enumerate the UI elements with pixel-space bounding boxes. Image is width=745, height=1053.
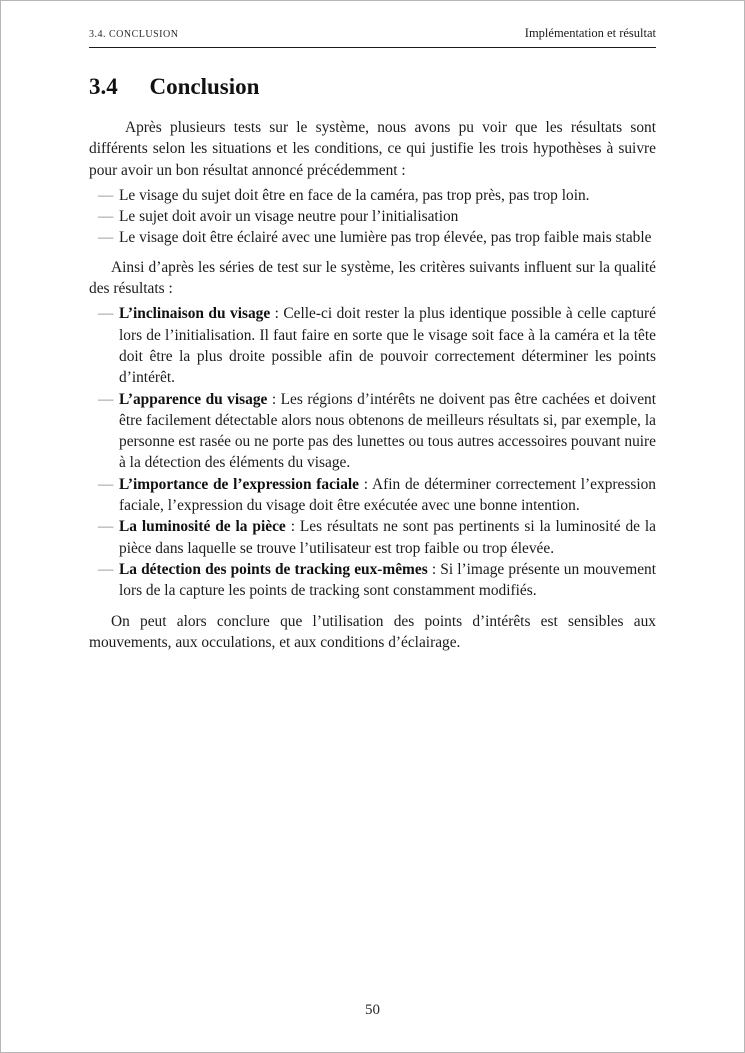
dash-bullet: — (98, 559, 113, 580)
dash-bullet: — (98, 389, 113, 410)
dash-bullet: — (98, 474, 113, 495)
header-left-text: 3.4. CONCLUSION (89, 29, 178, 40)
document-page: 3.4. CONCLUSION Implémentation et résult… (0, 0, 745, 1053)
list-item: — Le visage du sujet doit être en face d… (89, 185, 656, 206)
running-header: 3.4. CONCLUSION Implémentation et résult… (89, 26, 656, 41)
hypotheses-list: — Le visage du sujet doit être en face d… (89, 185, 656, 249)
header-right-text: Implémentation et résultat (525, 26, 656, 41)
dash-bullet: — (98, 303, 113, 324)
list-item-text: Le visage doit être éclairé avec une lum… (119, 229, 651, 246)
paragraph-conclusion: On peut alors conclure que l’utilisation… (89, 611, 656, 654)
list-item: — Le sujet doit avoir un visage neutre p… (89, 206, 656, 227)
list-item: — La détection des points de tracking eu… (89, 559, 656, 602)
header-rule (89, 47, 656, 48)
list-item: — L’apparence du visage : Les régions d’… (89, 389, 656, 474)
list-item-term: La luminosité de la pièce (119, 518, 286, 535)
list-item-term: L’inclinaison du visage (119, 305, 270, 322)
list-item: — L’importance de l’expression faciale :… (89, 474, 656, 517)
list-item-text: Le sujet doit avoir un visage neutre pou… (119, 208, 458, 225)
paragraph-criteria: Ainsi d’après les séries de test sur le … (89, 257, 656, 300)
page-number: 50 (1, 1002, 744, 1019)
paragraph-intro: Après plusieurs tests sur le système, no… (89, 117, 656, 181)
dash-bullet: — (98, 516, 113, 537)
list-item: — L’inclinaison du visage : Celle-ci doi… (89, 303, 656, 388)
section-number: 3.4 (89, 74, 118, 99)
dash-bullet: — (98, 227, 113, 248)
list-item-text: Le visage du sujet doit être en face de … (119, 187, 590, 204)
list-item: — Le visage doit être éclairé avec une l… (89, 227, 656, 248)
dash-bullet: — (98, 206, 113, 227)
list-item: — La luminosité de la pièce : Les résult… (89, 516, 656, 559)
list-item-term: L’importance de l’expression faciale (119, 476, 359, 493)
list-item-term: L’apparence du visage (119, 391, 267, 408)
criteria-list: — L’inclinaison du visage : Celle-ci doi… (89, 303, 656, 601)
section-title: Conclusion (150, 74, 260, 99)
list-item-term: La détection des points de tracking eux-… (119, 561, 428, 578)
section-heading: 3.4 Conclusion (89, 74, 656, 100)
dash-bullet: — (98, 185, 113, 206)
